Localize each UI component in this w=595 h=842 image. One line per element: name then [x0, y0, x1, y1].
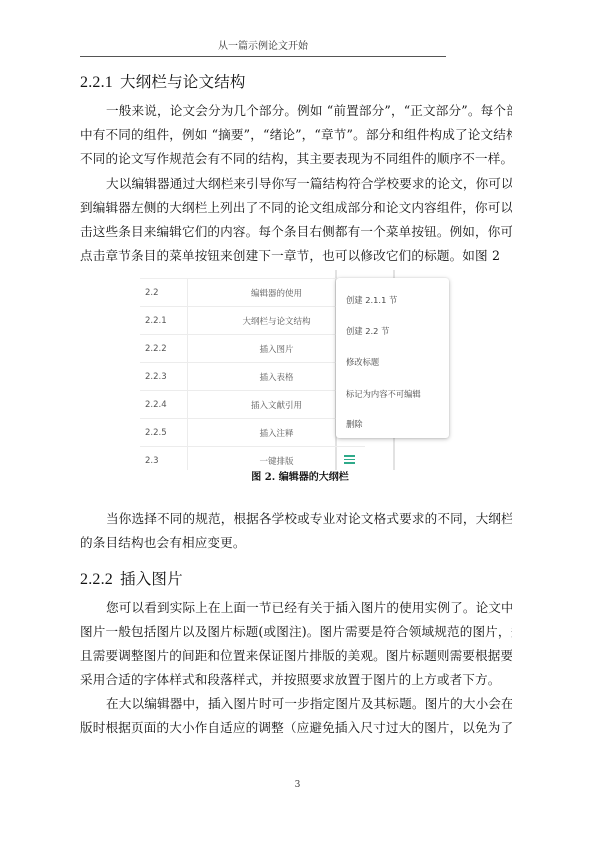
outline-item[interactable]: 2.2 编辑器的使用 — [140, 279, 365, 307]
outline-item[interactable]: 2.2.4 插入文献引用 — [140, 391, 365, 419]
menu-list-icon[interactable] — [344, 455, 355, 464]
running-header: 从一篇示例论文开始 — [80, 40, 446, 57]
outline-item-number: 2.2.4 — [140, 391, 188, 418]
paragraph-line: 版时根据页面的大小作自适应的调整（应避免插入尺寸过大的图片，以免为了适 — [80, 716, 512, 740]
outline-item-title: 一键排版 — [188, 455, 365, 467]
section-title: 大纲栏与论文结构 — [120, 73, 246, 91]
paragraph-line: 采用合适的字体样式和段落样式，并按照要求放置于图片的上方或者下方。 — [80, 668, 512, 692]
paragraph-line: 不同的论文写作规范会有不同的结构，其主要表现为不同组件的顺序不一样。 — [80, 147, 512, 171]
context-menu: 创建 2.1.1 节 创建 2.2 节 修改标题 标记为内容不可编辑 删除 — [336, 278, 449, 438]
running-title: 从一篇示例论文开始 — [218, 41, 308, 52]
outline-panel: 2.2 编辑器的使用 2.2.1 大纲栏与论文结构 2.2.2 插入图片 2.2… — [140, 270, 365, 470]
section-number: 2.2.2 — [80, 571, 113, 588]
outline-item[interactable]: 2.3 一键排版 — [140, 447, 365, 470]
paragraph-line: 您可以看到实际上在上面一节已经有关于插入图片的使用实例了。论文中的 — [80, 596, 512, 620]
menu-item-create-section[interactable]: 创建 2.2 节 — [346, 325, 389, 337]
paragraph: 您可以看到实际上在上面一节已经有关于插入图片的使用实例了。论文中的 图片一般包括… — [80, 596, 512, 692]
paragraph-line: 击这些条目来编辑它们的内容。每个条目右侧都有一个菜单按钮。例如，你可以 — [80, 220, 512, 244]
paragraph-line: 点击章节条目的菜单按钮来创建下一章节，也可以修改它们的标题。如图 2 — [80, 244, 512, 268]
section-heading-2-2-2: 2.2.2插入图片 — [80, 567, 183, 589]
outline-item-number: 2.2.1 — [140, 307, 188, 334]
paragraph-line: 的条目结构也会有相应变更。 — [80, 531, 512, 555]
outline-header-strip — [140, 270, 365, 279]
paragraph-line: 大以编辑器通过大纲栏来引导你写一篇结构符合学校要求的论文，你可以看 — [80, 172, 512, 196]
paragraph: 一般来说，论文会分为几个部分。例如 “前置部分”，“正文部分”。每个部分 中有不… — [80, 99, 512, 171]
paragraph-line: 且需要调整图片的间距和位置来保证图片排版的美观。图片标题则需要根据要求 — [80, 644, 512, 668]
figure-caption: 图 2. 编辑器的大纲栏 — [135, 468, 465, 483]
menu-item-create-subsection[interactable]: 创建 2.1.1 节 — [346, 294, 397, 306]
outline-item[interactable]: 2.2.5 插入注释 — [140, 419, 365, 447]
section-number: 2.2.1 — [80, 74, 113, 91]
paragraph-line: 到编辑器左侧的大纲栏上列出了不同的论文组成部分和论文内容组件，你可以点 — [80, 196, 512, 220]
outline-item-number: 2.2.2 — [140, 335, 188, 362]
page-number: 3 — [0, 780, 595, 790]
outline-figure: 2.2 编辑器的使用 2.2.1 大纲栏与论文结构 2.2.2 插入图片 2.2… — [135, 270, 465, 470]
outline-item-number: 2.2.5 — [140, 419, 188, 446]
menu-item-mark-readonly[interactable]: 标记为内容不可编辑 — [346, 388, 421, 400]
paragraph-line: 一般来说，论文会分为几个部分。例如 “前置部分”，“正文部分”。每个部分 — [80, 99, 512, 123]
section-heading-2-2-1: 2.2.1大纲栏与论文结构 — [80, 70, 246, 92]
paragraph-line: 图片一般包括图片以及图片标题(或图注)。图片需要是符合领域规范的图片，并 — [80, 620, 512, 644]
paragraph-line: 在大以编辑器中，插入图片时可一步指定图片及其标题。图片的大小会在排 — [80, 692, 512, 716]
outline-item-number: 2.2 — [140, 279, 188, 306]
paragraph: 在大以编辑器中，插入图片时可一步指定图片及其标题。图片的大小会在排 版时根据页面… — [80, 692, 512, 740]
outline-item[interactable]: 2.2.3 插入表格 — [140, 363, 365, 391]
paragraph: 当你选择不同的规范，根据各学校或专业对论文格式要求的不同，大纲栏内 的条目结构也… — [80, 507, 512, 555]
paragraph-line: 中有不同的组件，例如 “摘要”，“绪论”，“章节”。部分和组件构成了论文结构。 — [80, 123, 512, 147]
outline-item[interactable]: 2.2.2 插入图片 — [140, 335, 365, 363]
menu-item-delete[interactable]: 删除 — [346, 418, 363, 430]
paragraph-line: 当你选择不同的规范，根据各学校或专业对论文格式要求的不同，大纲栏内 — [80, 507, 512, 531]
outline-item-number: 2.3 — [140, 447, 188, 470]
menu-item-rename-title[interactable]: 修改标题 — [346, 356, 379, 368]
outline-item-number: 2.2.3 — [140, 363, 188, 390]
paragraph: 大以编辑器通过大纲栏来引导你写一篇结构符合学校要求的论文，你可以看 到编辑器左侧… — [80, 172, 512, 268]
section-title: 插入图片 — [120, 570, 183, 588]
outline-item[interactable]: 2.2.1 大纲栏与论文结构 — [140, 307, 365, 335]
